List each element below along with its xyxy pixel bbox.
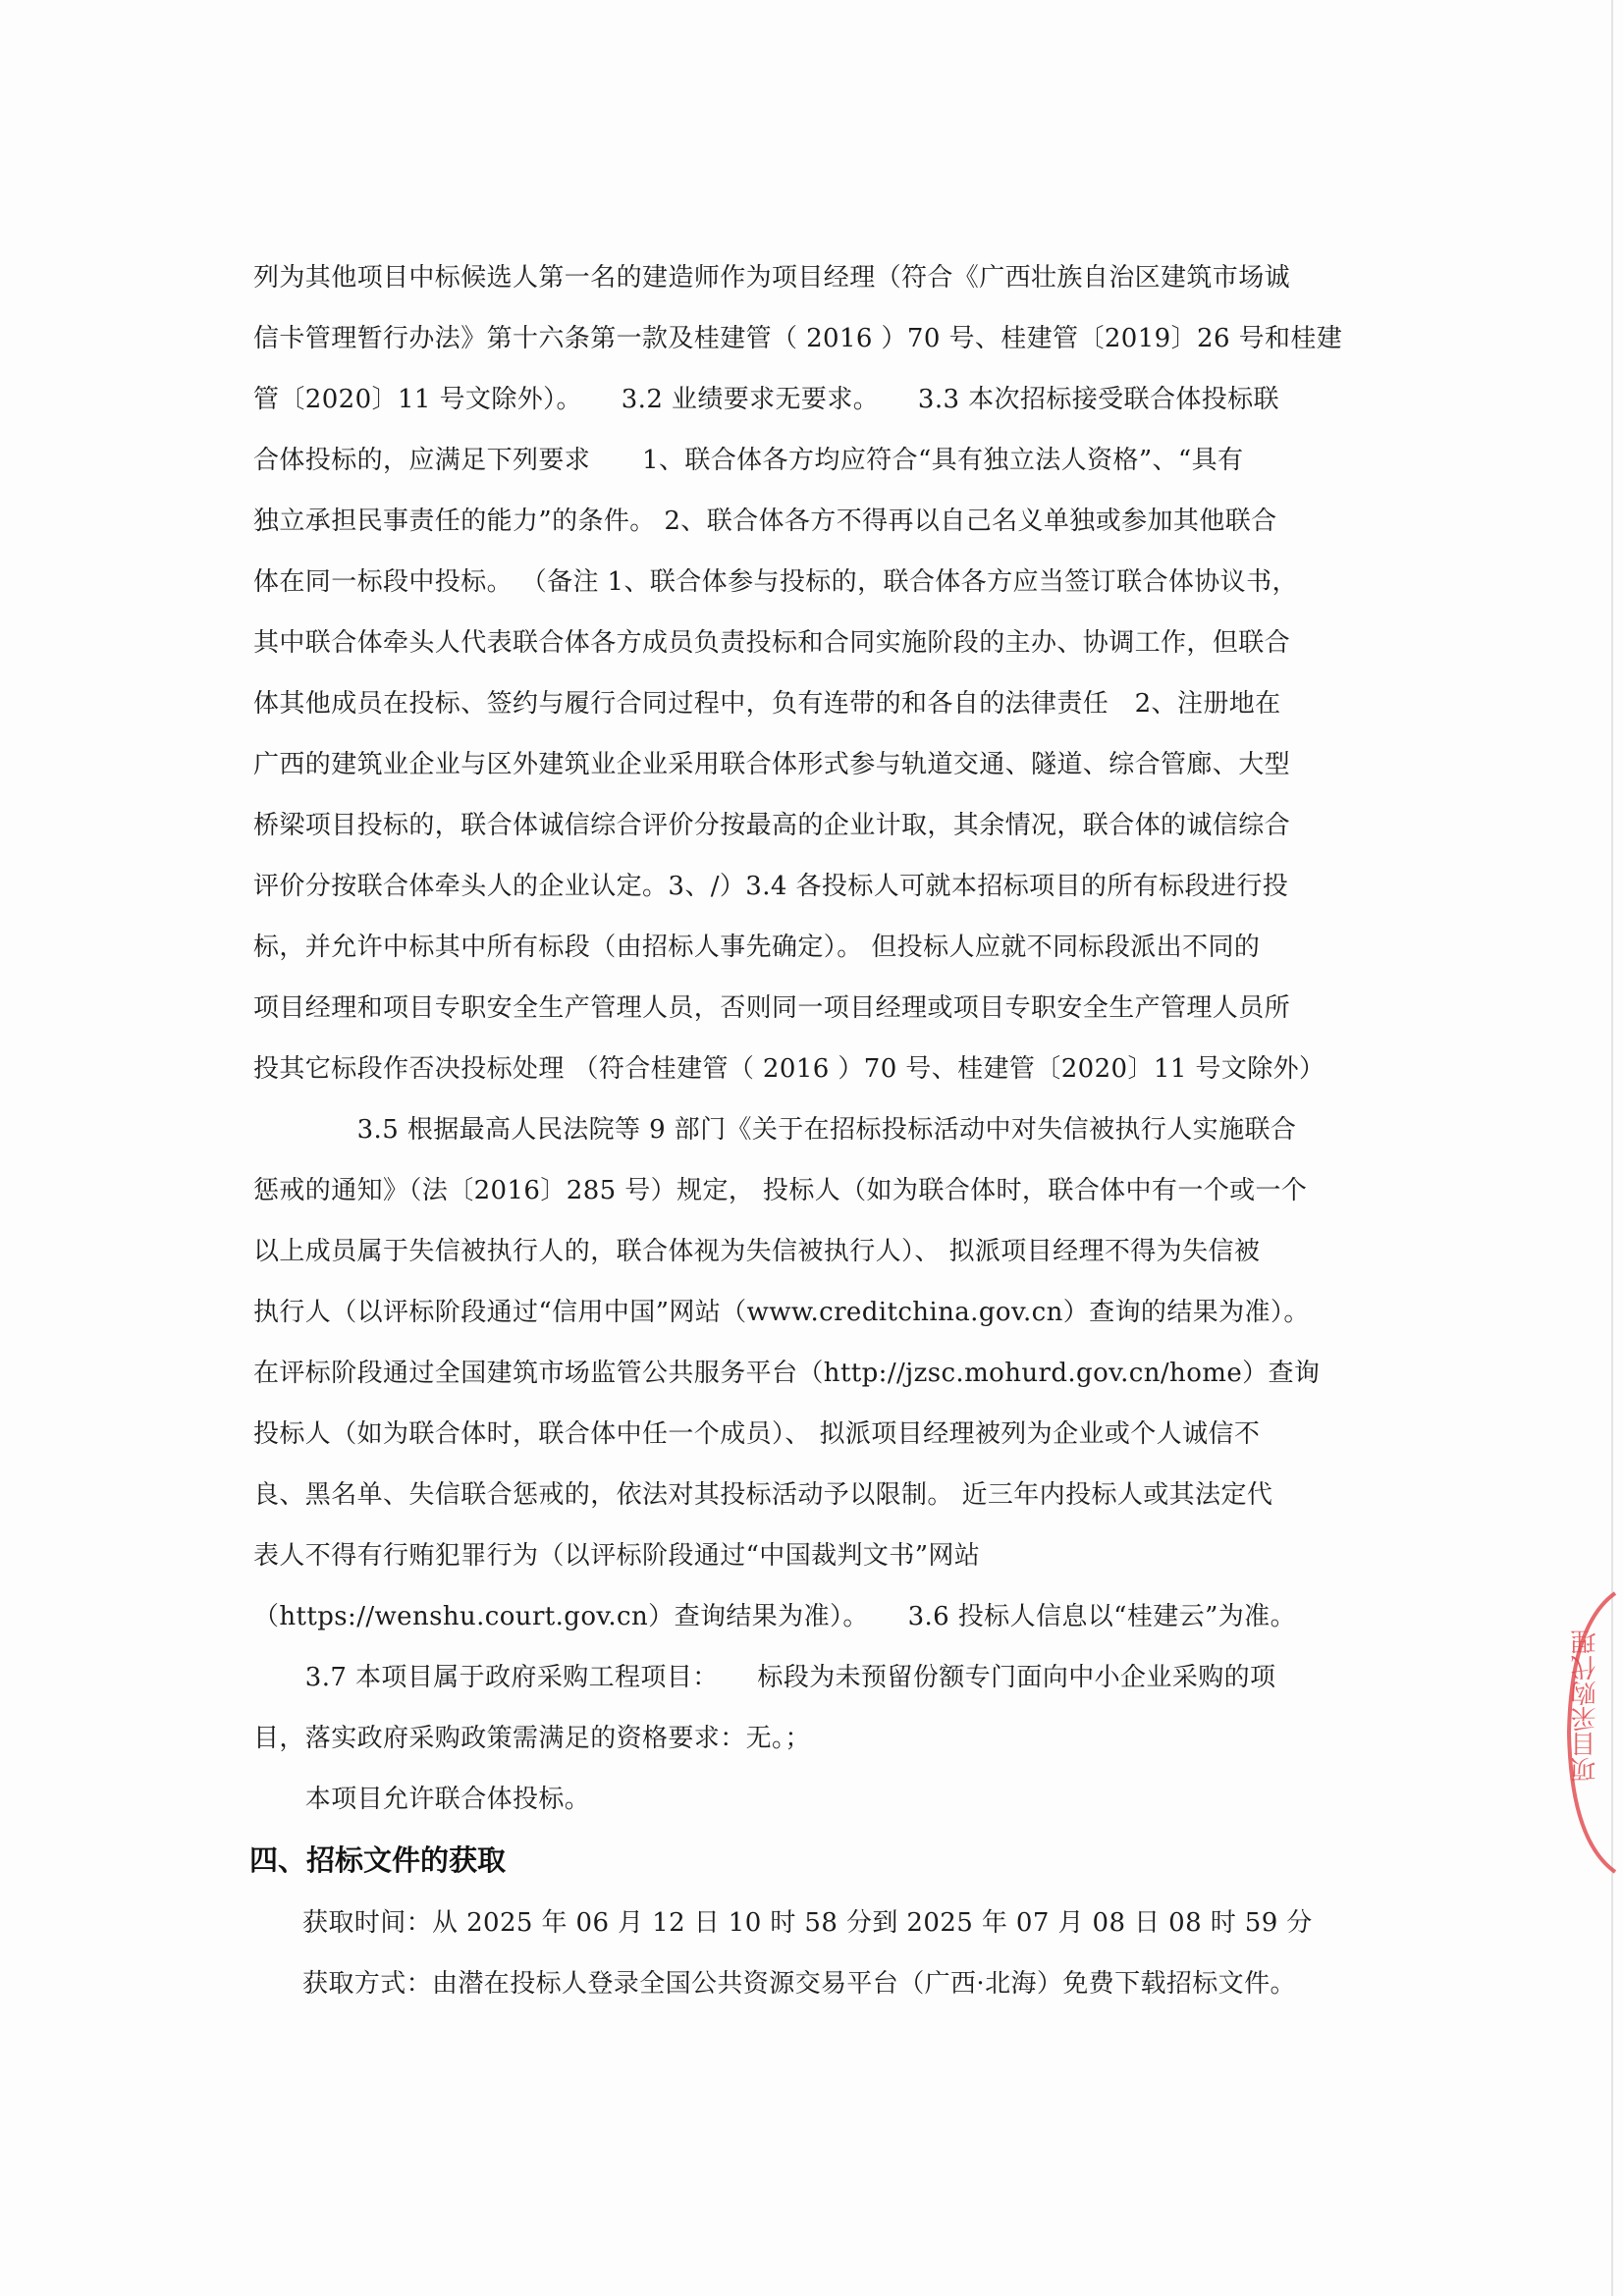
- document-page: 列为其他项目中标候选人第一名的建造师作为项目经理（符合《广西壮族自治区建筑市场诚…: [0, 0, 1623, 2296]
- body-line: 标，并允许中标其中所有标段（由招标人事先确定）。 但投标人应就不同标段派出不同的: [253, 928, 1335, 967]
- body-line: 信卡管理暂行办法》第十六条第一款及桂建管（ 2016 ）70 号、桂建管〔201…: [253, 319, 1335, 358]
- body-line: 体其他成员在投标、签约与履行合同过程中，负有连带的和各自的法律责任 2、注册地在: [253, 684, 1335, 723]
- section-heading: 四、招标文件的获取: [249, 1840, 506, 1881]
- body-line: 桥梁项目投标的，联合体诚信综合评价分按最高的企业计取，其余情况，联合体的诚信综合: [253, 806, 1335, 845]
- acquisition-method: 获取方式：由潜在投标人登录全国公共资源交易平台（广西·北海）免费下载招标文件。: [302, 1964, 1384, 2003]
- body-line: 本项目允许联合体投标。: [253, 1780, 1335, 1819]
- body-line: 惩戒的通知》（法〔2016〕285 号）规定， 投标人（如为联合体时，联合体中有…: [253, 1171, 1335, 1210]
- body-line: 列为其他项目中标候选人第一名的建造师作为项目经理（符合《广西壮族自治区建筑市场诚: [253, 258, 1335, 297]
- page-edge-divider: [1611, 0, 1613, 2296]
- body-line: 表人不得有行贿犯罪行为（以评标阶段通过“中国裁判文书”网站: [253, 1536, 1335, 1575]
- body-line: 目，落实政府采购政策需满足的资格要求：无。；: [253, 1719, 1335, 1758]
- body-line: 投其它标段作否决投标处理 （符合桂建管（ 2016 ）70 号、桂建管〔2020…: [253, 1049, 1335, 1089]
- body-line: 在评标阶段通过全国建筑市场监管公共服务平台（http://jzsc.mohurd…: [253, 1354, 1335, 1393]
- body-line: 合体投标的，应满足下列要求 1、联合体各方均应符合“具有独立法人资格”、“具有: [253, 441, 1335, 480]
- body-line: 3.7 本项目属于政府采购工程项目： 标段为未预留份额专门面向中小企业采购的项: [253, 1658, 1335, 1697]
- seal-stamp-text: 项目采购代理: [1569, 1629, 1598, 1783]
- acquisition-time: 获取时间：从 2025 年 06 月 12 日 10 时 58 分到 2025 …: [302, 1903, 1384, 1943]
- body-line: 3.5 根据最高人民法院等 9 部门《关于在招标投标活动中对失信被执行人实施联合: [253, 1110, 1335, 1149]
- body-line: 以上成员属于失信被执行人的，联合体视为失信被执行人）、 拟派项目经理不得为失信被: [253, 1232, 1335, 1271]
- body-line: 体在同一标段中投标。 （备注 1、联合体参与投标的，联合体各方应当签订联合体协议…: [253, 562, 1335, 602]
- body-line: 项目经理和项目专职安全生产管理人员，否则同一项目经理或项目专职安全生产管理人员所: [253, 988, 1335, 1028]
- body-line: 其中联合体牵头人代表联合体各方成员负责投标和合同实施阶段的主办、协调工作，但联合: [253, 623, 1335, 663]
- body-line: 广西的建筑业企业与区外建筑业企业采用联合体形式参与轨道交通、隧道、综合管廊、大型: [253, 745, 1335, 784]
- body-line: （https://wenshu.court.gov.cn）查询结果为准）。 3.…: [253, 1597, 1335, 1636]
- body-line: 独立承担民事责任的能力”的条件。 2、联合体各方不得再以自己名义单独或参加其他联…: [253, 502, 1335, 541]
- body-line: 良、黑名单、失信联合惩戒的，依法对其投标活动予以限制。 近三年内投标人或其法定代: [253, 1475, 1335, 1515]
- body-line: 投标人（如为联合体时，联合体中任一个成员）、 拟派项目经理被列为企业或个人诚信不: [253, 1415, 1335, 1454]
- body-line: 评价分按联合体牵头人的企业认定。3、/）3.4 各投标人可就本招标项目的所有标段…: [253, 867, 1335, 906]
- body-line: 执行人（以评标阶段通过“信用中国”网站（www.creditchina.gov.…: [253, 1293, 1335, 1332]
- body-line: 管〔2020〕11 号文除外）。 3.2 业绩要求无要求。 3.3 本次招标接受…: [253, 380, 1335, 419]
